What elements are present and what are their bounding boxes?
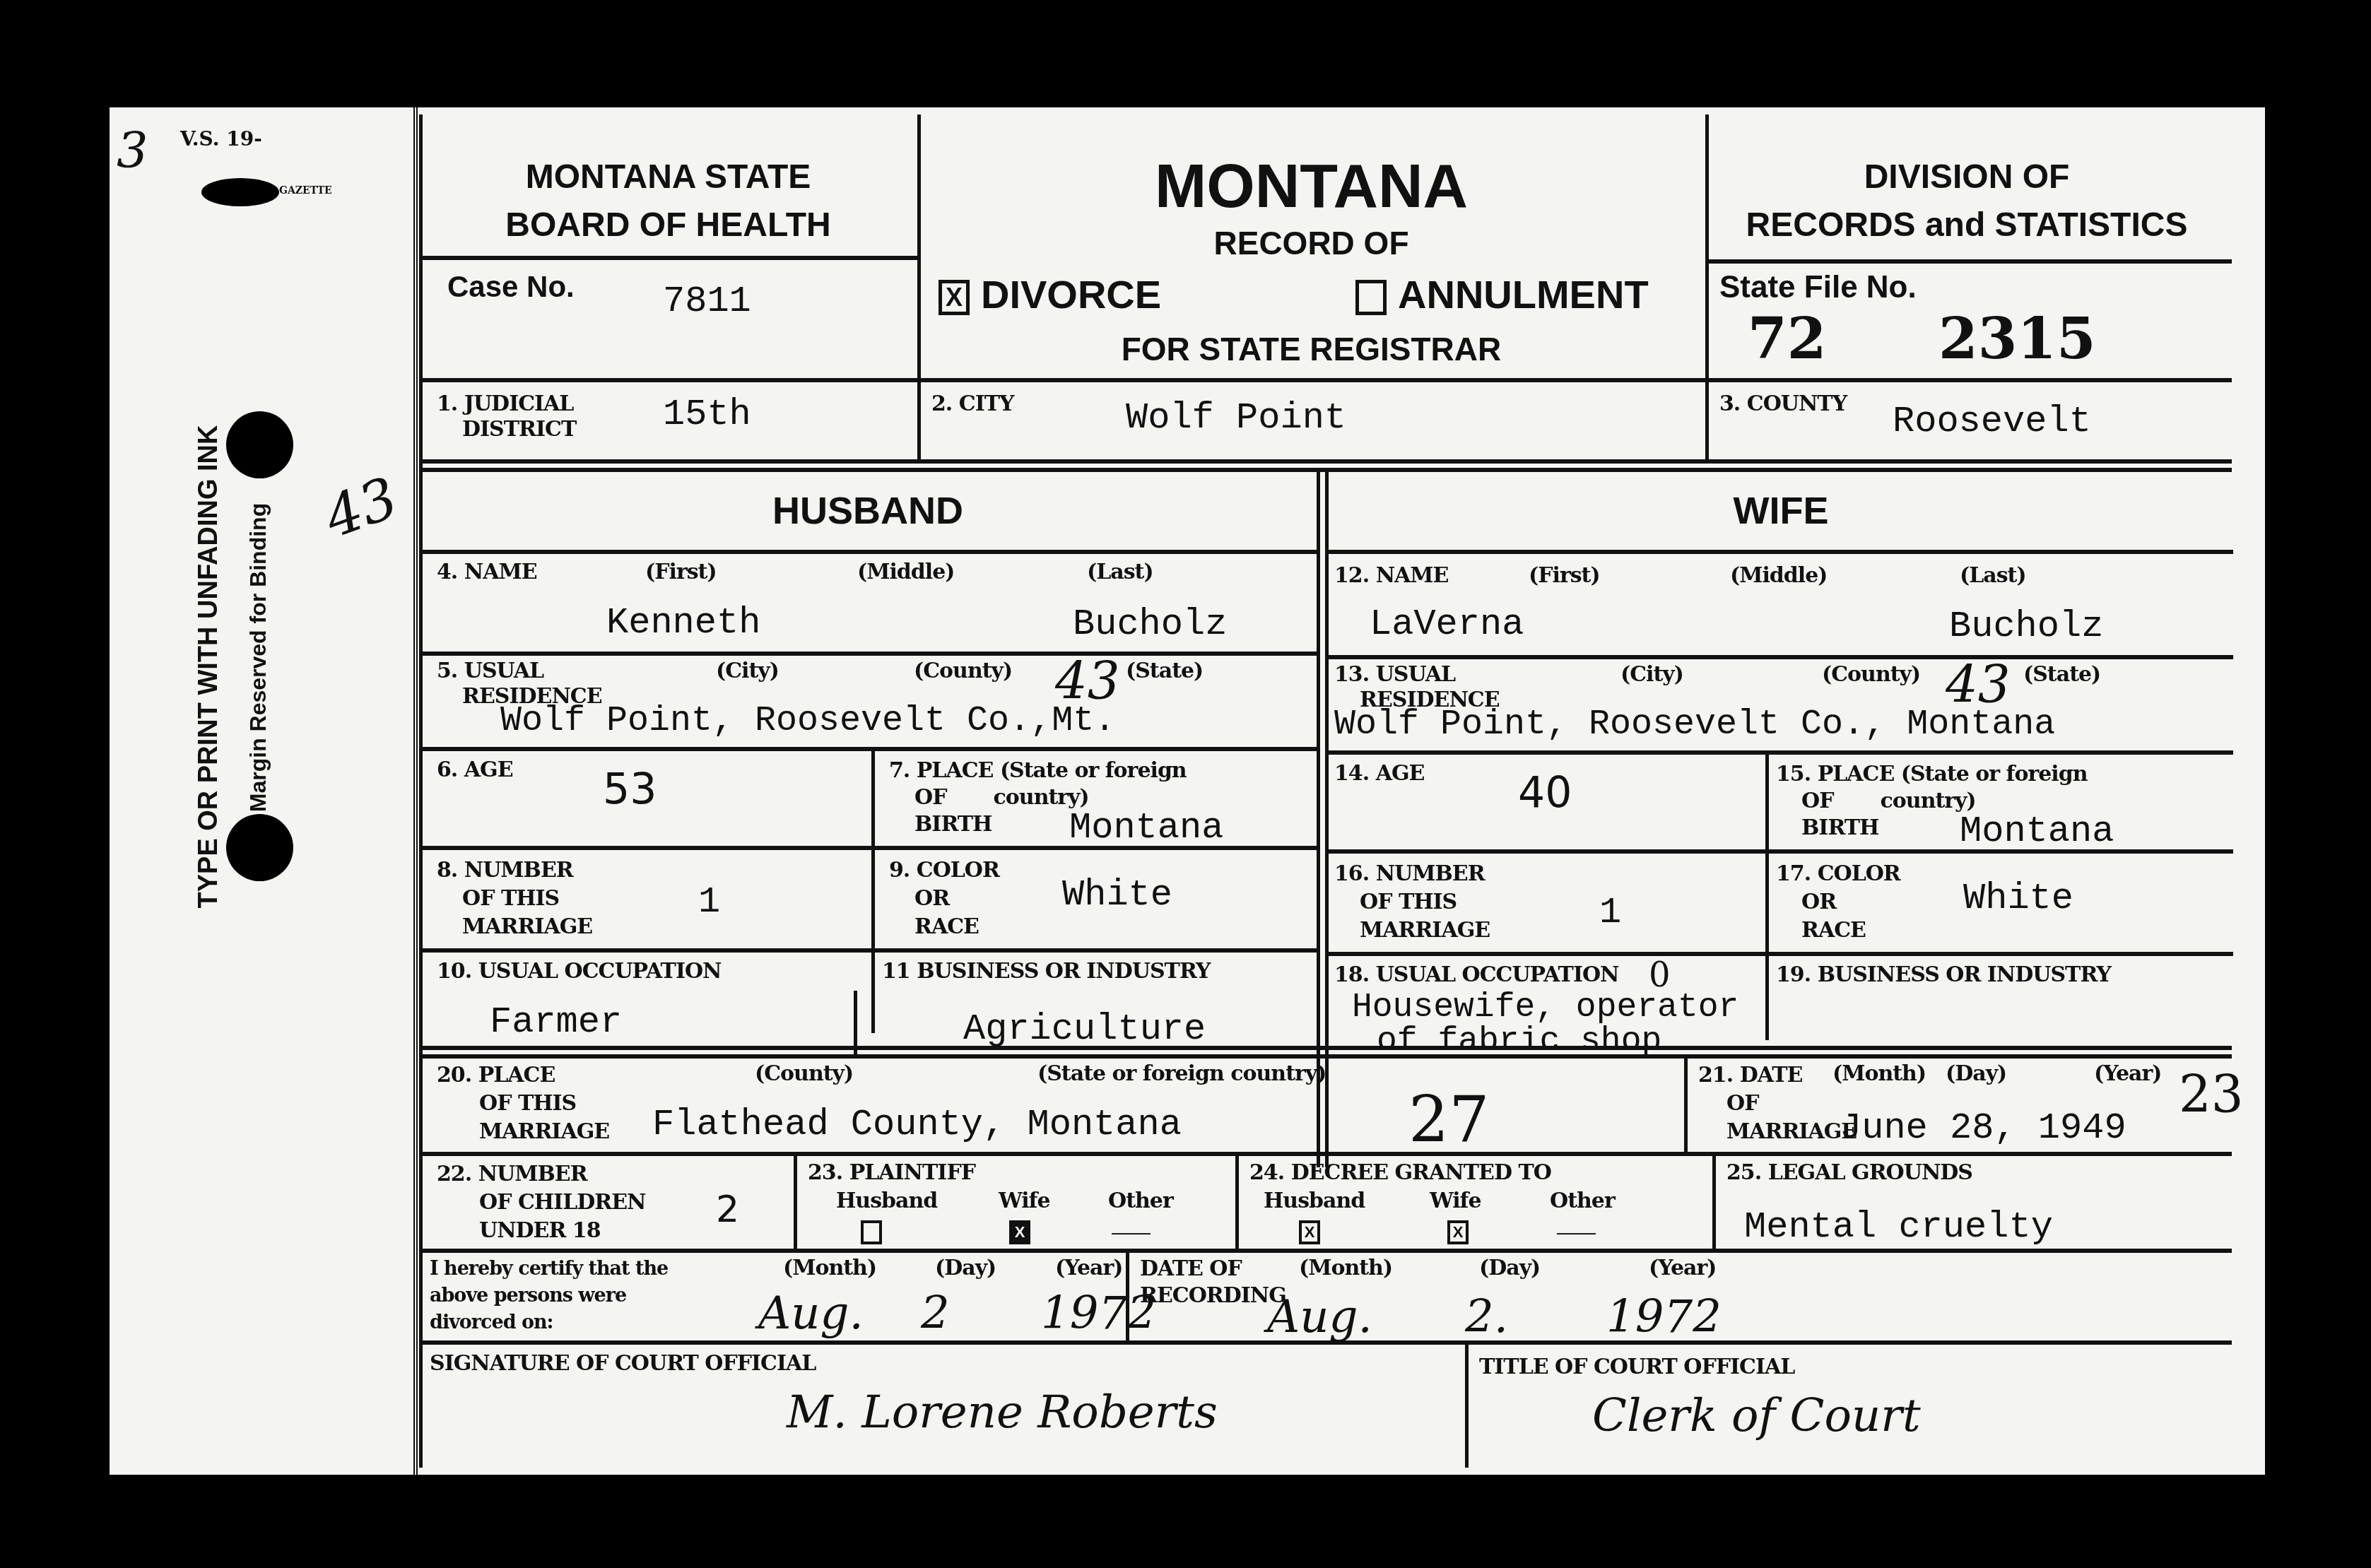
form-border-left: [419, 114, 423, 1468]
day-hint: (Day): [1946, 1061, 2006, 1087]
wife-first-name: LaVerna: [1370, 603, 1524, 645]
case-no-label: Case No.: [447, 270, 575, 304]
husband-age-label: 6. AGE: [437, 758, 513, 783]
divider: [423, 1249, 2232, 1253]
city-hint: (City): [1620, 662, 1683, 688]
city-hint: (City): [716, 659, 779, 684]
annulment-option[interactable]: ANNULMENT: [1355, 271, 1649, 317]
marriage-date: June 28, 1949: [1840, 1107, 2126, 1149]
year-hint: (Year): [2094, 1061, 2162, 1087]
divider: [1329, 550, 2233, 554]
court-official-signature: M. Lorene Roberts: [787, 1386, 1218, 1439]
divider: [423, 948, 1317, 953]
divider: [871, 747, 875, 1033]
registrar-note: FOR STATE REGISTRAR: [917, 330, 1705, 368]
husband-birthplace: Montana: [1069, 807, 1223, 849]
record-title: MONTANA: [917, 150, 1705, 222]
marriage-place: Flathead County, Montana: [652, 1104, 1182, 1145]
first-hint: (First): [645, 560, 717, 585]
wife-residence: Wolf Point, Roosevelt Co., Montana: [1334, 705, 2055, 745]
state-hint: (State): [1126, 659, 1203, 684]
divorce-month: Aug.: [758, 1287, 864, 1340]
marriage-place-label: 20. PLACEOF THISMARRIAGE: [437, 1061, 609, 1146]
divorce-year: 1972: [1041, 1287, 1156, 1340]
month-hint: (Month): [1832, 1061, 1926, 1087]
wife-industry-label: 19. BUSINESS OR INDUSTRY: [1776, 962, 2111, 988]
divider: [423, 256, 917, 260]
divorce-checkbox[interactable]: X: [939, 280, 970, 315]
wife-marriage-no-label: 16. NUMBEROF THISMARRIAGE: [1334, 860, 1490, 945]
husband-industry: Agriculture: [963, 1008, 1206, 1050]
husband-race: White: [1062, 874, 1172, 916]
husband-name-label: 4. NAME: [437, 560, 537, 585]
margin-note-handwritten: 43: [316, 464, 406, 550]
divider: [423, 1046, 2232, 1050]
county-label: 3. COUNTY: [1719, 391, 1847, 417]
day-hint: (Day): [1479, 1256, 1540, 1281]
binding-margin: 3 V.S. 19- GAZETTE 43 TYPE OR PRINT WITH…: [110, 107, 418, 1475]
decree-husband-checkbox[interactable]: X: [1299, 1220, 1320, 1244]
county-hint: (County): [914, 659, 1012, 684]
board-title: MONTANA STATE BOARD OF HEALTH: [419, 153, 917, 249]
years-handwritten: 23: [2179, 1065, 2244, 1124]
divider: [1709, 259, 2232, 264]
wife-age: 40: [1518, 768, 1572, 818]
wife-occupation-label: 18. USUAL OCCUPATION: [1334, 962, 1619, 988]
divider: [1712, 1152, 1716, 1251]
divider: [423, 846, 1317, 850]
husband-industry-label: 11 BUSINESS OR INDUSTRY: [882, 959, 1210, 984]
divider: [423, 1054, 2232, 1059]
plaintiff-other-label: Other: [1108, 1189, 1173, 1214]
place-code-handwritten: 27: [1408, 1083, 1490, 1157]
decree-other-label: Other: [1550, 1189, 1615, 1214]
official-title: Clerk of Court: [1592, 1390, 1921, 1442]
state-file-year: 72: [1748, 305, 1826, 372]
husband-age: 53: [603, 765, 657, 814]
husband-section-title: HUSBAND: [419, 489, 1317, 533]
printer-name: GAZETTE: [279, 185, 332, 196]
divider: [854, 991, 857, 1054]
recording-day: 2.: [1465, 1291, 1508, 1343]
form-code: V.S. 19-: [180, 127, 262, 151]
wife-last-name: Bucholz: [1949, 606, 2103, 647]
printer-logo-icon: [201, 178, 279, 206]
annulment-checkbox[interactable]: [1355, 280, 1387, 315]
divider: [423, 459, 2232, 464]
state-file-label: State File No.: [1719, 270, 1917, 305]
wife-race-label: 17. COLORORRACE: [1776, 860, 1900, 945]
husband-marriage-no: 1: [698, 881, 720, 923]
husband-first-name: Kenneth: [606, 602, 760, 644]
children-count: 2: [716, 1189, 739, 1231]
divider: [1465, 1344, 1469, 1468]
ink-instruction: TYPE OR PRINT WITH UNFADING INK: [194, 406, 224, 929]
plaintiff-other-blank[interactable]: ______: [1112, 1213, 1150, 1239]
decree-other-blank[interactable]: ______: [1557, 1213, 1595, 1239]
divider: [1329, 655, 2233, 659]
state-hint: (State or foreign country): [1037, 1061, 1326, 1087]
divider: [1765, 750, 1769, 1040]
page-number-handwritten: 3: [117, 122, 148, 179]
state-hint: (State): [2023, 662, 2100, 688]
city-label: 2. CITY: [931, 391, 1013, 417]
case-no-value: 7811: [663, 281, 751, 322]
certify-statement: I hereby certify that theabove persons w…: [430, 1256, 668, 1336]
state-file-number: 2315: [1938, 305, 2096, 372]
plaintiff-label: 23. PLAINTIFF: [808, 1160, 975, 1186]
husband-occupation: Farmer: [490, 1001, 622, 1043]
plaintiff-wife-label: Wife: [999, 1189, 1050, 1214]
divider: [1329, 750, 2233, 755]
year-hint: (Year): [1055, 1256, 1123, 1281]
wife-section-title: WIFE: [1329, 489, 2233, 533]
wife-name-label: 12. NAME: [1334, 563, 1448, 589]
husband-last-name: Bucholz: [1073, 603, 1227, 645]
divider: [423, 550, 1317, 554]
recording-date-label: DATE OFRECORDING: [1140, 1256, 1286, 1309]
record-form: MONTANA STATE BOARD OF HEALTH Case No. 7…: [419, 114, 2257, 1468]
divider: [423, 1340, 2232, 1345]
signature-label: SIGNATURE OF COURT OFFICIAL: [430, 1351, 816, 1377]
divider: [423, 747, 1317, 751]
husband-occupation-label: 10. USUAL OCCUPATION: [437, 959, 722, 984]
divorce-option[interactable]: XDIVORCE: [939, 271, 1161, 317]
official-title-label: TITLE OF COURT OFFICIAL: [1479, 1355, 1794, 1380]
middle-hint: (Middle): [857, 560, 954, 585]
district-value: 15th: [663, 394, 751, 435]
middle-hint: (Middle): [1730, 563, 1827, 589]
children-label: 22. NUMBEROF CHILDRENUNDER 18: [437, 1160, 645, 1245]
month-hint: (Month): [783, 1256, 876, 1281]
decree-husband-label: Husband: [1264, 1189, 1365, 1214]
month-hint: (Month): [1299, 1256, 1392, 1281]
district-label: 1. JUDICIALDISTRICT: [437, 391, 576, 442]
plaintiff-husband-checkbox[interactable]: [861, 1220, 882, 1244]
first-hint: (First): [1529, 563, 1600, 589]
divider: [1126, 1252, 1129, 1340]
division-title: DIVISION OF RECORDS and STATISTICS: [1709, 153, 2225, 249]
city-value: Wolf Point: [1126, 397, 1346, 439]
divider: [1329, 952, 2233, 956]
divider: [794, 1152, 797, 1251]
divorce-day: 2: [921, 1287, 950, 1340]
divider: [423, 378, 2232, 382]
decree-wife-label: Wife: [1430, 1189, 1481, 1214]
plaintiff-husband-label: Husband: [836, 1189, 937, 1214]
husband-race-label: 9. COLORORRACE: [889, 856, 999, 941]
wife-birthplace: Montana: [1960, 810, 2114, 852]
recording-month: Aug.: [1267, 1291, 1372, 1343]
wife-age-label: 14. AGE: [1334, 761, 1424, 786]
day-hint: (Day): [935, 1256, 996, 1281]
divorce-record-card: 3 V.S. 19- GAZETTE 43 TYPE OR PRINT WITH…: [110, 107, 2265, 1475]
divider: [1235, 1152, 1239, 1251]
recording-year: 1972: [1606, 1291, 1722, 1343]
county-hint: (County): [755, 1061, 853, 1087]
record-subtitle: RECORD OF: [917, 224, 1705, 262]
divider: [1329, 849, 2233, 854]
binding-note: Margin Reserved for Binding: [245, 396, 271, 919]
decree-wife-checkbox[interactable]: X: [1447, 1220, 1469, 1244]
plaintiff-wife-checkbox[interactable]: X: [1009, 1220, 1030, 1244]
county-value: Roosevelt: [1893, 401, 2091, 442]
legal-grounds: Mental cruelty: [1744, 1206, 2053, 1248]
divider: [423, 652, 1317, 656]
wife-marriage-no: 1: [1599, 892, 1621, 933]
year-hint: (Year): [1649, 1256, 1717, 1281]
legal-grounds-label: 25. LEGAL GROUNDS: [1726, 1160, 1972, 1186]
divider: [423, 1152, 2232, 1156]
divider: [1684, 1054, 1688, 1153]
county-hint: (County): [1822, 662, 1920, 688]
wife-race: White: [1963, 878, 2073, 919]
last-hint: (Last): [1087, 560, 1153, 585]
last-hint: (Last): [1960, 563, 2026, 589]
decree-label: 24. DECREE GRANTED TO: [1249, 1160, 1551, 1186]
husband-marriage-no-label: 8. NUMBEROF THISMARRIAGE: [437, 856, 592, 941]
husband-residence: Wolf Point, Roosevelt Co.,Mt.: [500, 701, 1115, 741]
